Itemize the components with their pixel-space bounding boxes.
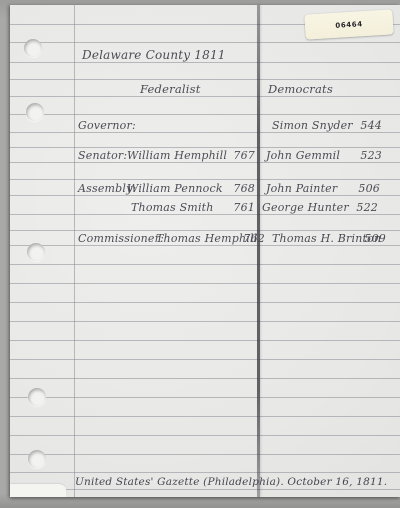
democrat-votes: 522: [352, 200, 378, 215]
rule-line: [10, 321, 400, 322]
democrats-column-header: Democrats: [268, 82, 333, 97]
center-fold-line: [257, 5, 260, 497]
rule-line: [10, 114, 400, 115]
rule-line: [10, 179, 400, 180]
rule-line: [10, 472, 400, 473]
citation-row: United States' Gazette (Philadelphia). O…: [10, 475, 400, 490]
column-header-row: Federalist Democrats: [10, 82, 400, 97]
federalist-votes: 767: [233, 148, 255, 163]
torn-corner: [10, 484, 66, 497]
result-row-senator: Senator: William Hemphill 767 John Gemmi…: [10, 148, 400, 163]
result-row-assembly-2: Thomas Smith 761 George Hunter 522: [10, 200, 400, 215]
punch-hole: [28, 450, 46, 468]
title-row: Delaware County 1811: [10, 48, 400, 63]
office-label: Governor:: [78, 118, 136, 133]
result-row-commissioner: Commissioner: Thomas Hemphill 762 Thomas…: [10, 231, 400, 246]
page-title: Delaware County 1811: [82, 48, 226, 63]
rule-line: [10, 264, 400, 265]
democrat-name: John Painter: [266, 181, 337, 196]
sticker-number: 06464: [335, 20, 363, 30]
democrat-votes: 544: [356, 118, 382, 133]
notebook-paper: 06464 Delaware County 1811 Federalist De…: [10, 5, 400, 497]
democrat-votes: 523: [356, 148, 382, 163]
democrat-name: Simon Snyder: [272, 118, 353, 133]
federalist-name: Thomas Smith: [131, 200, 214, 215]
federalist-name: William Hemphill: [127, 148, 227, 163]
democrat-votes: 506: [354, 181, 380, 196]
rule-line: [10, 359, 400, 360]
rule-line: [10, 378, 400, 379]
office-label: Senator:: [78, 148, 127, 163]
scanned-page: 06464 Delaware County 1811 Federalist De…: [0, 0, 400, 508]
rule-line: [10, 79, 400, 80]
source-citation: United States' Gazette (Philadelphia). O…: [75, 475, 387, 490]
federalist-votes: 768: [233, 181, 255, 196]
rule-line: [10, 397, 400, 398]
punch-hole: [28, 388, 46, 406]
rule-line: [10, 340, 400, 341]
rule-line: [10, 435, 400, 436]
catalog-sticker: 06464: [304, 9, 393, 39]
rule-line: [10, 454, 400, 455]
federalist-votes: 761: [233, 200, 255, 215]
margin-line: [74, 5, 75, 497]
result-row-assembly-1: Assembly: William Pennock 768 John Paint…: [10, 181, 400, 196]
office-label: Commissioner:: [78, 231, 164, 246]
democrat-votes: 509: [360, 231, 386, 246]
federalist-votes: 762: [243, 231, 265, 246]
federalist-column-header: Federalist: [140, 82, 201, 97]
rule-line: [10, 302, 400, 303]
democrat-name: George Hunter: [262, 200, 349, 215]
federalist-name: William Pennock: [127, 181, 223, 196]
rule-line: [10, 42, 400, 43]
result-row-governor: Governor: Simon Snyder 544: [10, 118, 400, 133]
rule-line: [10, 416, 400, 417]
democrat-name: John Gemmil: [266, 148, 340, 163]
rule-line: [10, 283, 400, 284]
